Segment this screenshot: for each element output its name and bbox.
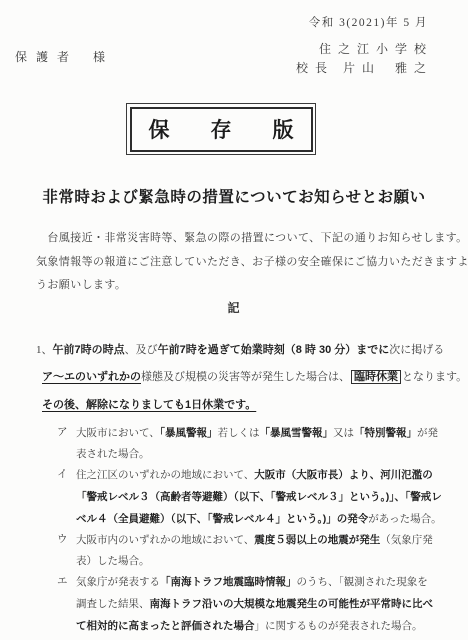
text-segment: その後、解除になりましても1日休業です。 (42, 399, 256, 411)
text-segment: （気象庁発 (380, 535, 433, 546)
text-segment: 「暴風警報」 (160, 427, 218, 439)
date-line: 令和 3(2021)年 5 月 (0, 14, 428, 30)
text-line: 調査した結果、南海トラフ沿いの大規模な地震発生の可能性が平常時に比べ (76, 594, 450, 616)
text-line: 大阪市内のいずれかの地域において、震度５弱以上の地震が発生（気象庁発 (76, 530, 450, 552)
subitem-lines: 大阪市において、「暴風警報」若しくは「暴風雪警報」又は「特別警報」が発表された場… (76, 423, 450, 465)
text-segment: が発 (417, 428, 438, 439)
text-segment: ア～エのいずれかの (42, 371, 141, 383)
text-segment: のうち、「観測された現象を (297, 577, 428, 588)
text-line: 大阪市において、「暴風警報」若しくは「暴風雪警報」又は「特別警報」が発 (76, 423, 450, 445)
text-line: 1、午前7時の時点、及び午前7時を過ぎて始業時刻（8 時 30 分）までに次に掲… (36, 337, 448, 365)
subitem-label: ウ (57, 530, 76, 572)
text-segment: て相対的に高まったと評価された場合 (76, 620, 255, 632)
text-segment: 午前7時の時点 (53, 344, 125, 356)
text-segment: 大阪市（大阪市長）より、河川氾濫の (254, 469, 433, 481)
item-1: 1、午前7時の時点、及び午前7時を過ぎて始業時刻（8 時 30 分）までに次に掲… (36, 337, 448, 420)
text-line: 表）した場合。 (76, 552, 450, 573)
text-segment: があった場合。 (368, 514, 441, 525)
text-segment: 、及び (125, 344, 158, 356)
subitem-row: イ住之江区のいずれかの地域において、大阪市（大阪市長）より、河川氾濫の「警戒レベ… (57, 465, 450, 530)
text-segment: 表）した場合。 (76, 556, 150, 567)
text-line: うお願いします。 (36, 274, 440, 298)
text-segment: 1、 (36, 344, 53, 356)
recipient: 保 護 者 様 (15, 48, 108, 65)
text-segment: 又は (333, 428, 354, 439)
text-segment: 「南海トラフ地震臨時情報」 (160, 576, 297, 588)
subitem-row: ア大阪市において、「暴風警報」若しくは「暴風雪警報」又は「特別警報」が発表された… (57, 423, 450, 465)
header-row: 保 護 者 様 住 之 江 小 学 校 校 長 片 山 雅 之 (15, 40, 428, 77)
record-mark: 記 (0, 299, 468, 316)
text-line: 表された場合。 (76, 445, 450, 466)
text-segment: 住之江区のいずれかの地域において、 (76, 470, 254, 481)
preservation-stamp-inner: 保 存 版 (130, 107, 313, 152)
subitem-label: エ (57, 572, 76, 637)
text-segment: となります。 (402, 371, 467, 383)
text-segment: 調査した結果、 (76, 599, 150, 610)
subitem-lines: 住之江区のいずれかの地域において、大阪市（大阪市長）より、河川氾濫の「警戒レベル… (76, 465, 450, 530)
text-line: 「警戒レベル３（高齢者等避難）（以下、「警戒レベル３」という。)」、「警戒レ (76, 487, 450, 509)
stamp-label: 保 存 版 (149, 119, 304, 142)
subitem-label: ア (57, 423, 76, 465)
school-block: 住 之 江 小 学 校 校 長 片 山 雅 之 (296, 40, 428, 77)
text-segment: 様態及び規模の災害等が発生した場合は、 (141, 371, 350, 383)
subitem-row: エ気象庁が発表する「南海トラフ地震臨時情報」のうち、「観測された現象を調査した結… (57, 572, 450, 637)
text-segment: 「警戒レベル３（高齢者等避難）（以下、「警戒レベル３」という。)」、「警戒レ (76, 491, 442, 503)
text-segment: 大阪市内のいずれかの地域において、 (76, 535, 254, 546)
principal-name: 校 長 片 山 雅 之 (296, 59, 428, 78)
text-segment: 午前7時を過ぎて始業時刻（8 時 30 分）までに (158, 344, 390, 356)
subitem-row: ウ大阪市内のいずれかの地域において、震度５弱以上の地震が発生（気象庁発表）した場… (57, 530, 450, 572)
subitem-label: イ (57, 465, 76, 530)
text-line: て相対的に高まったと評価された場合」に関するものが発表された場合。 (76, 616, 450, 638)
text-segment: 大阪市において、 (76, 428, 160, 439)
subitem-lines: 大阪市内のいずれかの地域において、震度５弱以上の地震が発生（気象庁発表）した場合… (76, 530, 450, 572)
text-line: ア～エのいずれかの様態及び規模の災害等が発生した場合は、臨時休業となります。 (36, 364, 448, 392)
text-line: 気象情報等の報道にご注意していただき、お子様の安全確保にご協力いただきますよ (36, 251, 440, 275)
subitem-lines: 気象庁が発表する「南海トラフ地震臨時情報」のうち、「観測された現象を調査した結果… (76, 572, 450, 637)
subitem-list: ア大阪市において、「暴風警報」若しくは「暴風雪警報」又は「特別警報」が発表された… (57, 423, 450, 637)
preservation-stamp-box: 保 存 版 (126, 103, 316, 155)
text-segment: ベル４（全員避難）（以下、「警戒レベル４」という。)」の発令 (76, 513, 368, 525)
document-title: 非常時および緊急時の措置についてお知らせとお願い (0, 185, 468, 207)
text-segment: 」に関するものが発表された場合。 (255, 621, 423, 632)
text-line: ベル４（全員避難）（以下、「警戒レベル４」という。)」の発令があった場合。 (76, 509, 450, 531)
text-line: 住之江区のいずれかの地域において、大阪市（大阪市長）より、河川氾濫の (76, 465, 450, 487)
text-segment: 臨時休業 (351, 370, 401, 384)
text-line: その後、解除になりましても1日休業です。 (36, 392, 448, 420)
text-segment: 次に掲げる (389, 344, 444, 356)
text-segment: 南海トラフ沿いの大規模な地震発生の可能性が平常時に比べ (150, 598, 434, 610)
text-line: 台風接近・非常災害時等、緊急の際の措置について、下記の通りお知らせします。 (36, 227, 440, 251)
text-segment: 表された場合。 (76, 449, 150, 460)
text-segment: 「特別警報」 (354, 427, 417, 439)
text-segment: 気象庁が発表する (76, 577, 160, 588)
intro-paragraph: 台風接近・非常災害時等、緊急の際の措置について、下記の通りお知らせします。気象情… (36, 227, 440, 298)
document-page: 令和 3(2021)年 5 月 保 護 者 様 住 之 江 小 学 校 校 長 … (0, 0, 468, 640)
text-segment: 震度５弱以上の地震が発生 (254, 534, 380, 546)
school-name: 住 之 江 小 学 校 (296, 40, 428, 59)
text-line: 気象庁が発表する「南海トラフ地震臨時情報」のうち、「観測された現象を (76, 572, 450, 594)
text-segment: 「暴風雪警報」 (260, 427, 334, 439)
text-segment: 若しくは (218, 428, 260, 439)
